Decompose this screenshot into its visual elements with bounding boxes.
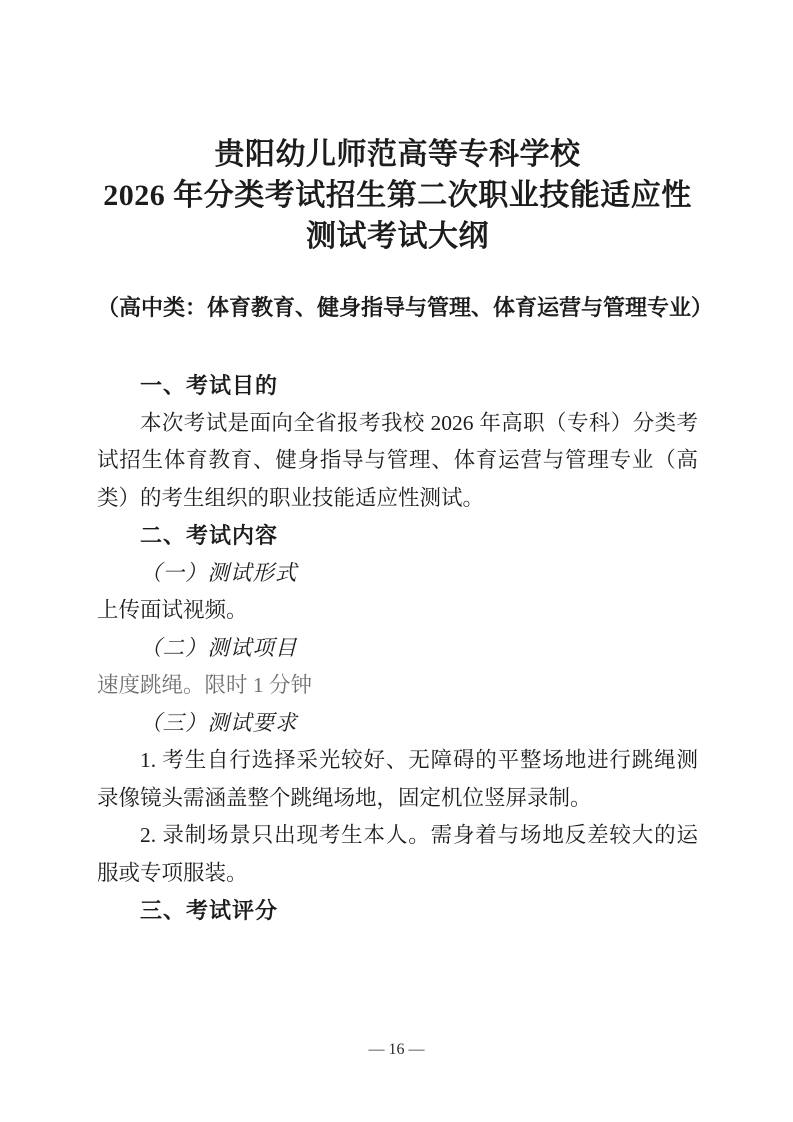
section-2-sub-3-heading: （三）测试要求 <box>97 705 698 743</box>
section-2-heading: 二、考试内容 <box>97 517 698 555</box>
section-2-sub-1-heading: （一）测试形式 <box>97 555 698 593</box>
section-2-sub-3-item-2-line: 服或专项服装。 <box>97 855 698 893</box>
section-2-sub-2-text: 速度跳绳。限时 1 分钟 <box>97 667 698 705</box>
section-1-heading: 一、考试目的 <box>97 367 698 405</box>
page-number: — 16 — <box>0 1040 793 1060</box>
document-content: 贵阳幼儿师范高等专科学校 2026 年分类考试招生第二次职业技能适应性 测试考试… <box>97 134 698 930</box>
section-2-sub-1-text: 上传面试视频。 <box>97 592 698 630</box>
section-2-sub-3-item-1-line: 1. 考生自行选择采光较好、无障碍的平整场地进行跳绳测试， <box>97 742 698 780</box>
title-line-3: 测试考试大纲 <box>97 216 698 257</box>
section-2-sub-3-item-2-line: 2. 录制场景只出现考生本人。需身着与场地反差较大的运动 <box>97 817 698 855</box>
section-1-paragraph-line: 试招生体育教育、健身指导与管理、体育运营与管理专业（高中 <box>97 442 698 480</box>
section-1-paragraph-line: 类）的考生组织的职业技能适应性测试。 <box>97 480 698 518</box>
document-body: 一、考试目的 本次考试是面向全省报考我校 2026 年高职（专科）分类考 试招生… <box>97 367 698 930</box>
document-subtitle: （高中类：体育教育、健身指导与管理、体育运营与管理专业） <box>97 293 698 323</box>
title-line-1: 贵阳幼儿师范高等专科学校 <box>97 134 698 175</box>
section-2-sub-3-item-1-line: 录像镜头需涵盖整个跳绳场地，固定机位竖屏录制。 <box>97 780 698 818</box>
document-page: 贵阳幼儿师范高等专科学校 2026 年分类考试招生第二次职业技能适应性 测试考试… <box>0 0 793 1122</box>
title-line-2: 2026 年分类考试招生第二次职业技能适应性 <box>97 175 698 216</box>
document-title: 贵阳幼儿师范高等专科学校 2026 年分类考试招生第二次职业技能适应性 测试考试… <box>97 134 698 257</box>
section-1-paragraph-line: 本次考试是面向全省报考我校 2026 年高职（专科）分类考 <box>97 405 698 443</box>
section-3-heading: 三、考试评分 <box>97 892 698 930</box>
section-2-sub-2-heading: （二）测试项目 <box>97 630 698 668</box>
